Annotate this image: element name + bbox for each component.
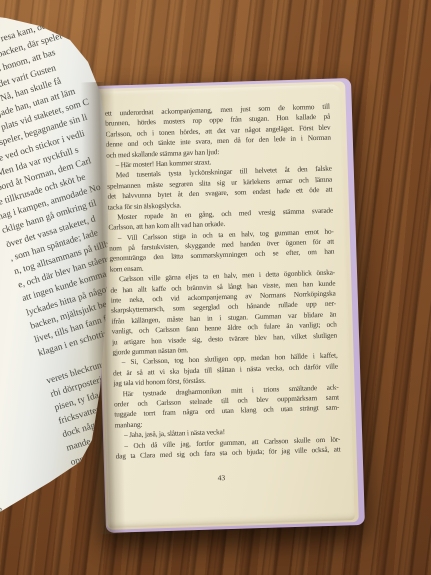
right-page: ett underordnat ackompanjemang, men just… (95, 84, 355, 528)
page-number-left: 42 (0, 505, 4, 517)
photo-open-book-on-wood-table: ett underordnat ackompanjemang, men just… (0, 0, 431, 575)
page-number-right: 43 (107, 470, 335, 486)
right-page-text-block: ett underordnat ackompanjemang, men just… (105, 102, 341, 462)
